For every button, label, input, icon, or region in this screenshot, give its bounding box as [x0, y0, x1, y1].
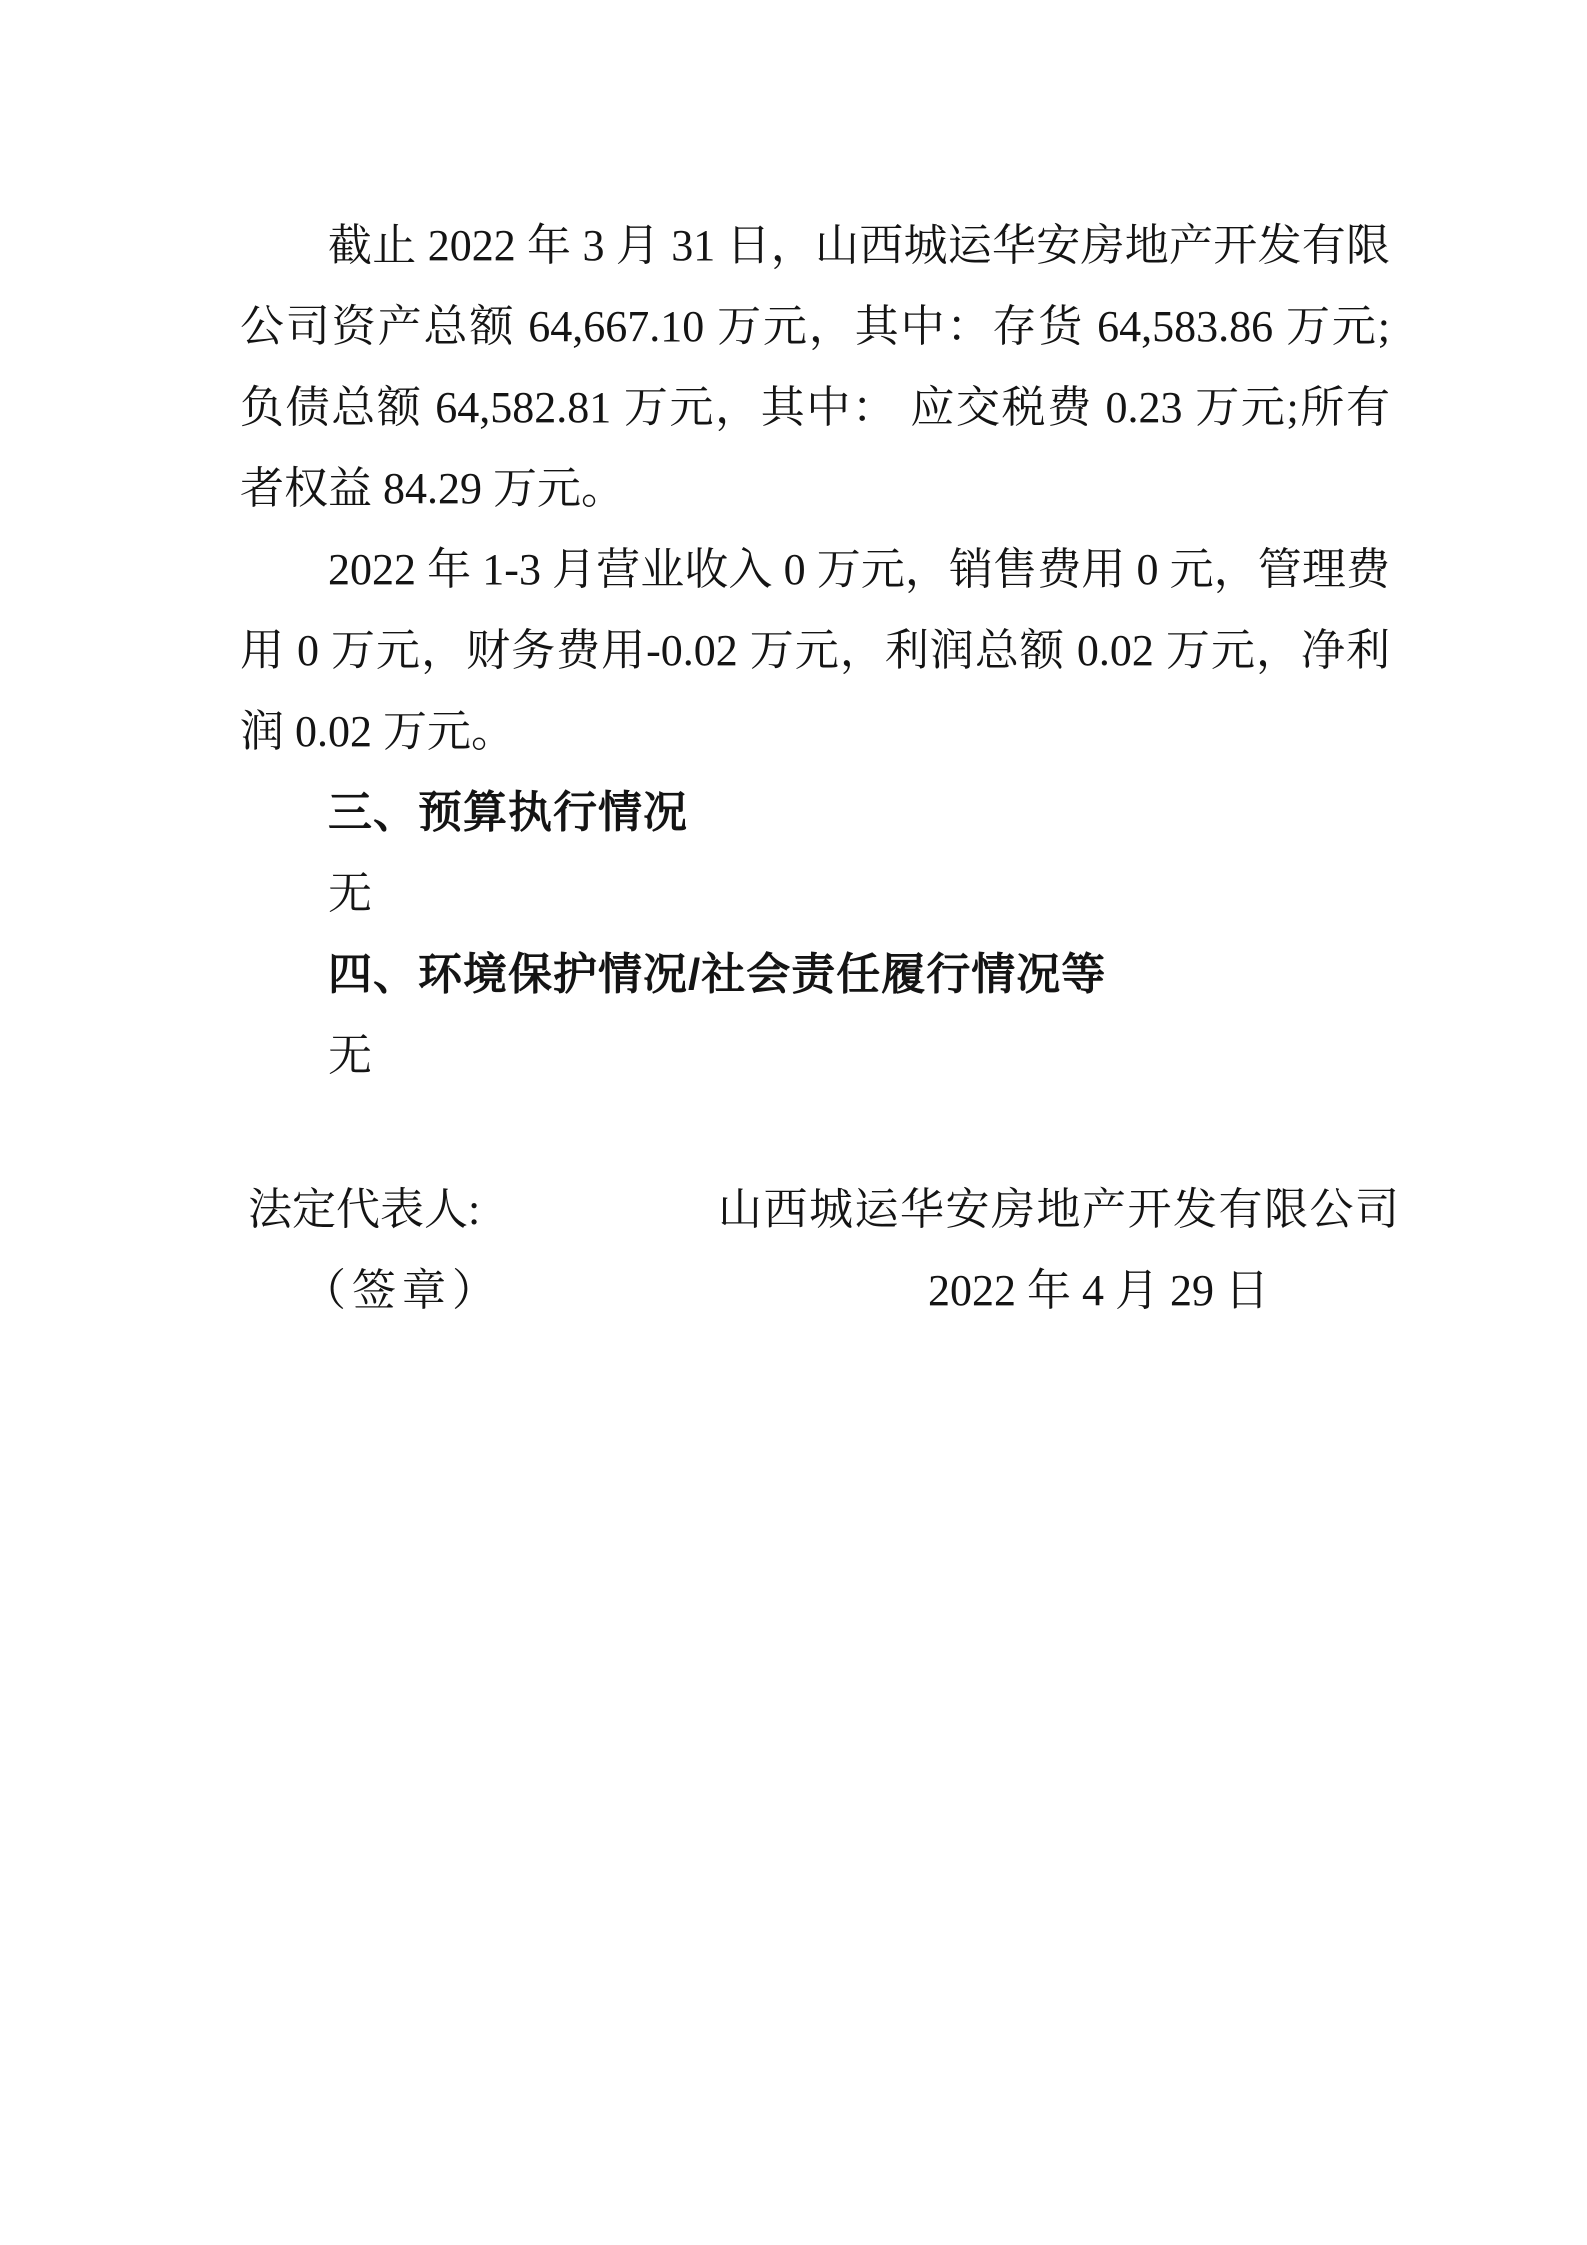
- legal-representative-label: 法定代表人:: [248, 1169, 480, 1250]
- assets-paragraph-line-1: 截止 2022 年 3 月 31 日，山西城运华安房地产开发有限: [240, 205, 1390, 286]
- signature-block: 法定代表人: 山西城运华安房地产开发有限公司 （签章） 2022 年 4 月 2…: [240, 1169, 1390, 1331]
- income-paragraph-line-2: 用 0 万元，财务费用-0.02 万元，利润总额 0.02 万元，净利: [240, 610, 1390, 691]
- signature-row-2: （签章） 2022 年 4 月 29 日: [240, 1250, 1390, 1331]
- section-heading-environment: 四、环境保护情况/社会责任履行情况等: [240, 934, 1390, 1015]
- section-heading-budget: 三、预算执行情况: [240, 772, 1390, 853]
- seal-label: （签章）: [302, 1250, 502, 1331]
- report-date: 2022 年 4 月 29 日: [928, 1250, 1269, 1331]
- section-content-budget: 无: [240, 853, 1390, 934]
- assets-paragraph-line-3: 负债总额 64,582.81 万元，其中： 应交税费 0.23 万元;所有: [240, 367, 1390, 448]
- income-paragraph-line-1: 2022 年 1-3 月营业收入 0 万元，销售费用 0 元，管理费: [240, 529, 1390, 610]
- company-name: 山西城运华安房地产开发有限公司: [718, 1169, 1401, 1250]
- assets-paragraph-line-2: 公司资产总额 64,667.10 万元，其中：存货 64,583.86 万元;: [240, 286, 1390, 367]
- signature-row-1: 法定代表人: 山西城运华安房地产开发有限公司: [240, 1169, 1390, 1250]
- assets-paragraph-line-4: 者权益 84.29 万元。: [240, 448, 1390, 529]
- section-content-environment: 无: [240, 1015, 1390, 1096]
- income-paragraph-line-3: 润 0.02 万元。: [240, 691, 1390, 772]
- document-page: 截止 2022 年 3 月 31 日，山西城运华安房地产开发有限 公司资产总额 …: [0, 0, 1587, 2245]
- document-content: 截止 2022 年 3 月 31 日，山西城运华安房地产开发有限 公司资产总额 …: [240, 205, 1390, 1331]
